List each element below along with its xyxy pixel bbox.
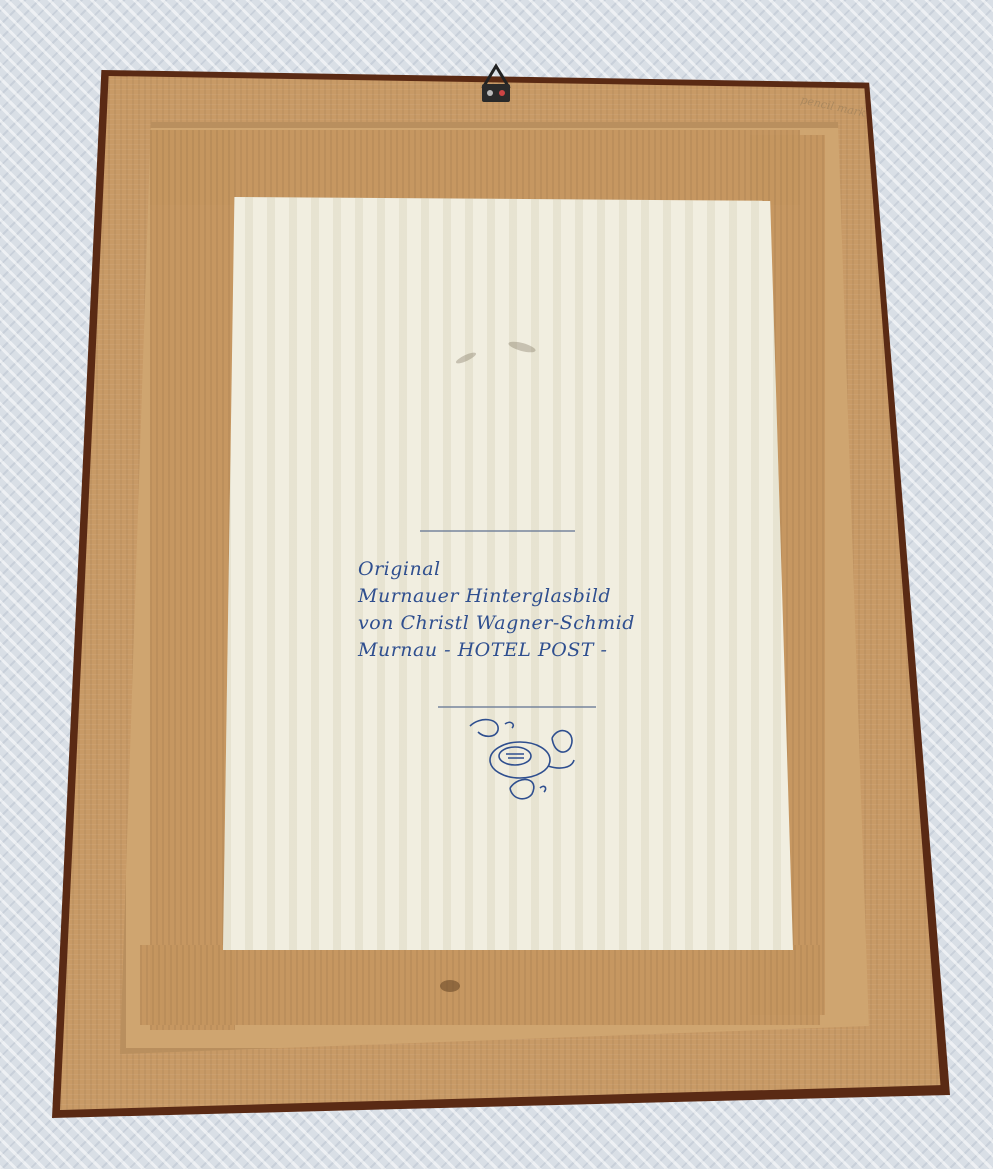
tape-strip-top <box>150 130 800 205</box>
tape-strip-left <box>150 130 235 1030</box>
signature-doodle-icon <box>460 708 590 808</box>
label-line-original: Original <box>358 556 635 583</box>
handwritten-label: Original Murnauer Hinterglasbild von Chr… <box>358 556 635 664</box>
label-line-title: Murnauer Hinterglasbild <box>358 583 635 610</box>
triangle-hanger-icon <box>476 62 516 106</box>
label-line-artist: von Christl Wagner-Schmid <box>358 610 635 637</box>
divider-top <box>420 530 575 532</box>
tape-strip-bottom <box>140 945 820 1025</box>
label-line-location: Murnau - HOTEL POST - <box>358 637 635 664</box>
backing-stain <box>440 980 460 992</box>
